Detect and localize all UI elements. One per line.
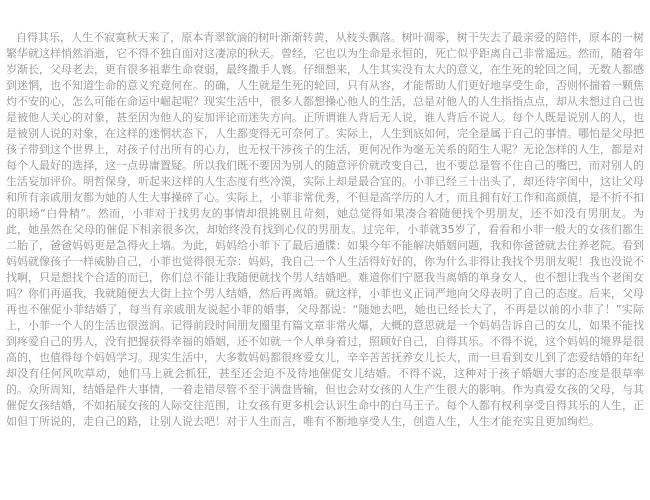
- article-paragraph: 自得其乐，人生不寂寞秋天来了，原本青翠欲滴的树叶渐渐转黄，从枝头飘落。树叶凋零，…: [6, 30, 644, 430]
- document-page: 自得其乐，人生不寂寞秋天来了，原本青翠欲滴的树叶渐渐转黄，从枝头飘落。树叶凋零，…: [0, 0, 650, 500]
